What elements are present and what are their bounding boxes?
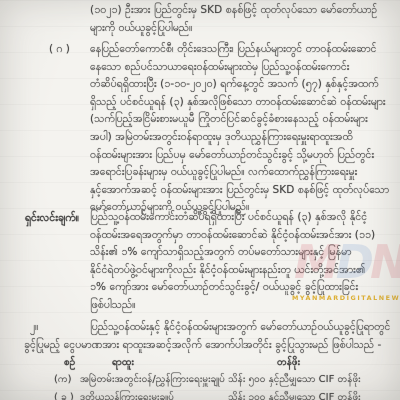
item-ga-line: ဝန်ထမ်းများအား ပြည်ပမှ မော်တော်ယာဉ်တင်သွ… bbox=[90, 147, 398, 165]
row-position: ဒုတိယညွှန်ကြားရေးမှူးချုပ် bbox=[80, 390, 174, 400]
explanation-heading: ရှင်းလင်းချက်။ bbox=[25, 212, 79, 227]
intro-line: များကို ဝယ်ယူခွင့်ပြုပါမည်။ bbox=[90, 20, 398, 38]
item-ga-line: တံဆိပ်ရရှိထားပြီး (၁-၁၀-၂၀၂၀) ရက်နေ့တွင်… bbox=[90, 76, 398, 94]
item-ga-line: (သက်ပြည့်အငြိမ်းစားမယူမီ ကြိုတင်ပြင်ဆင်ခ… bbox=[90, 111, 398, 129]
row-value: သိန်း ၅၀၀ နှင့်ညီမျှသော CIF တန်ဖိုး bbox=[228, 372, 361, 387]
table-header-value: တန်ဖိုး bbox=[277, 355, 300, 370]
item-ga-line: နေသော စည်ပင်သာယာရေးဝန်ထမ်းများထဲမှ ပြည်သ… bbox=[90, 59, 398, 77]
row-no: (က) bbox=[54, 372, 72, 387]
row-value: သိန်း ၃၀၀ နှင့်ညီမျှသော CIF တန်ဖိုး bbox=[228, 390, 361, 400]
intro-line: (၁၀၂၁) ဦးအား ပြည်တွင်းမှ SKD စနစ်ဖြင့် ထ… bbox=[90, 2, 398, 20]
paragraph-2-line: ခွင့်ပြုမည့် ငွေပမာဏအား ရာထူးအဆင့်အလိုက်… bbox=[24, 337, 398, 355]
item-ga-line: နှင့်အောက်အဆင့် ဝန်ထမ်းများအား ပြည်တွင်း… bbox=[90, 182, 398, 200]
explanation-line: နိုင်ငံရဲတပ်ဖွဲ့ဝင်များကိုလည်း နိုင်ငံ့ဝ… bbox=[90, 262, 398, 280]
table-header-position: ရာထူး bbox=[112, 355, 134, 370]
paragraph-2-line: ပြည်သူ့ဝန်ထမ်းနှင့် နိုင်ငံ့ဝန်ထမ်းများအ… bbox=[90, 319, 398, 337]
item-ga-paragraph: နေပြည်တော်ကောင်စီ၊ တိုင်းဒေသကြီး၊ ပြည်နယ… bbox=[90, 41, 398, 217]
paragraph-2-number: ၂။ bbox=[30, 321, 38, 336]
item-ga-line: အရောင်းပြခန်းများမှ ဝယ်ယူခွင့်ပြုပါမည်။ … bbox=[90, 164, 398, 182]
explanation-line: ဖြစ်ပါသည်။ bbox=[90, 297, 398, 315]
item-ga-label: ( ဂ ) bbox=[49, 43, 70, 58]
explanation-line: ဝန်ထမ်းအရေအတွက်မှာ တာဝန်ထမ်းဆောင်ဆဲ နိုင… bbox=[90, 227, 398, 245]
explanation-paragraph: ပြည်သူ့ဝန်ထမ်းကောင်းတံဆိပ်ရရှိထားပြီး ပင… bbox=[90, 209, 398, 315]
row-position: အမြဲတမ်းအတွင်းဝန်/ညွှန်ကြားရေးမှူးချုပ် bbox=[80, 372, 225, 387]
item-ga-line: ရှိသည့် ပင်စင်ယူရန် (၃) နှစ်အလိုဖြစ်သော … bbox=[90, 94, 398, 112]
item-ga-line: နေပြည်တော်ကောင်စီ၊ တိုင်းဒေသကြီး၊ ပြည်နယ… bbox=[90, 41, 398, 59]
scanned-document-page: (၁၀၂၁) ဦးအား ပြည်တွင်းမှ SKD စနစ်ဖြင့် ထ… bbox=[0, 0, 400, 400]
explanation-line: ၁% ကျော်အား မော်တော်ယာဉ်တင်သွင်းခွင့်/ ဝ… bbox=[90, 279, 398, 297]
row-no: ( ခ ) bbox=[54, 390, 74, 400]
table-header-no: စဉ် bbox=[64, 355, 75, 370]
item-ga-line: အပါ) အမြဲတမ်းအတွင်းဝန်ရာထူးမှ ဒုတိယညွှန်… bbox=[90, 129, 398, 147]
explanation-line: ပြည်သူ့ဝန်ထမ်းကောင်းတံဆိပ်ရရှိထားပြီး ပင… bbox=[90, 209, 398, 227]
intro-paragraph: (၁၀၂၁) ဦးအား ပြည်တွင်းမှ SKD စနစ်ဖြင့် ထ… bbox=[90, 2, 398, 37]
explanation-line: သိန်း၏ ၁% ကျော်သာရှိသည့်အတွက် တပ်မတော်သာ… bbox=[90, 244, 398, 262]
